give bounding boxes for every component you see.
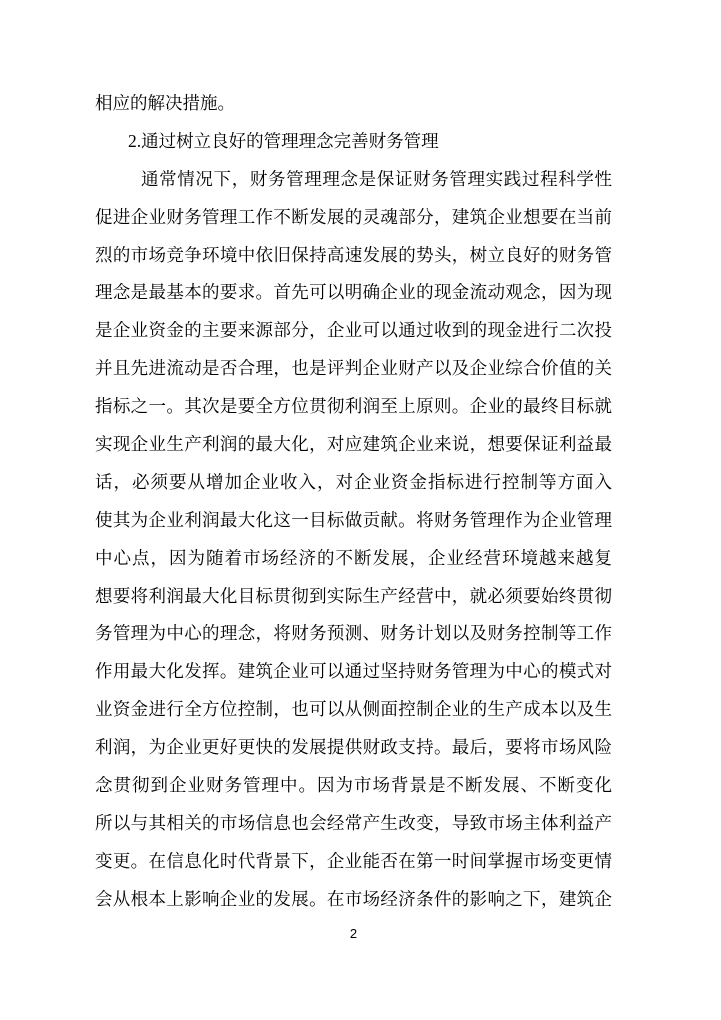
- text-line: 利润，为企业更好更快的发展提供财政支持。最后，要将市场风险理: [95, 729, 612, 767]
- text-line: 通常情况下，财务管理理念是保证财务管理实践过程科学性以及: [95, 161, 612, 199]
- text-line: 促进企业财务管理工作不断发展的灵魂部分，建筑企业想要在当前激: [95, 199, 612, 237]
- page-number: 2: [95, 926, 612, 941]
- document-body: 相应的解决措施。 2.通过树立良好的管理理念完善财务管理 通常情况下，财务管理理…: [95, 85, 612, 919]
- text-line: 并且先进流动是否合理，也是评判企业财产以及企业综合价值的关键: [95, 350, 612, 388]
- text-line: 中心点，因为随着市场经济的不断发展，企业经营环境越来越复杂，: [95, 540, 612, 578]
- document-page: 相应的解决措施。 2.通过树立良好的管理理念完善财务管理 通常情况下，财务管理理…: [0, 0, 721, 1020]
- text-line: 是企业资金的主要来源部分，企业可以通过收到的现金进行二次投资，: [95, 312, 612, 350]
- text-line: 使其为企业利润最大化这一目标做贡献。将财务管理作为企业管理的: [95, 502, 612, 540]
- text-line: 想要将利润最大化目标贯彻到实际生产经营中，就必须要始终贯彻财: [95, 578, 612, 616]
- text-line: 话，必须要从增加企业收入，对企业资金指标进行控制等方面入手，: [95, 464, 612, 502]
- section-heading: 2.通过树立良好的管理理念完善财务管理: [95, 123, 612, 161]
- text-line: 指标之一。其次是要全方位贯彻利润至上原则。企业的最终目标就是: [95, 388, 612, 426]
- text-line: 业资金进行全方位控制，也可以从侧面控制企业的生产成本以及生产: [95, 691, 612, 729]
- text-line: 理念是最基本的要求。首先可以明确企业的现金流动观念，因为现金: [95, 274, 612, 312]
- text-line: 实现企业生产利润的最大化，对应建筑企业来说，想要保证利益最大: [95, 426, 612, 464]
- text-line: 相应的解决措施。: [95, 85, 612, 123]
- text-line: 烈的市场竞争环境中依旧保持高速发展的势头，树立良好的财务管理: [95, 237, 612, 275]
- text-line: 变更。在信息化时代背景下，企业能否在第一时间掌握市场变更情况，: [95, 843, 612, 881]
- text-line: 作用最大化发挥。建筑企业可以通过坚持财务管理为中心的模式对企: [95, 653, 612, 691]
- text-line: 务管理为中心的理念，将财务预测、财务计划以及财务控制等工作的: [95, 615, 612, 653]
- text-line: 会从根本上影响企业的发展。在市场经济条件的影响之下，建筑企业: [95, 881, 612, 919]
- text-line: 念贯彻到企业财务管理中。因为市场背景是不断发展、不断变化的，: [95, 767, 612, 805]
- text-line: 所以与其相关的市场信息也会经常产生改变，导致市场主体利益产生: [95, 805, 612, 843]
